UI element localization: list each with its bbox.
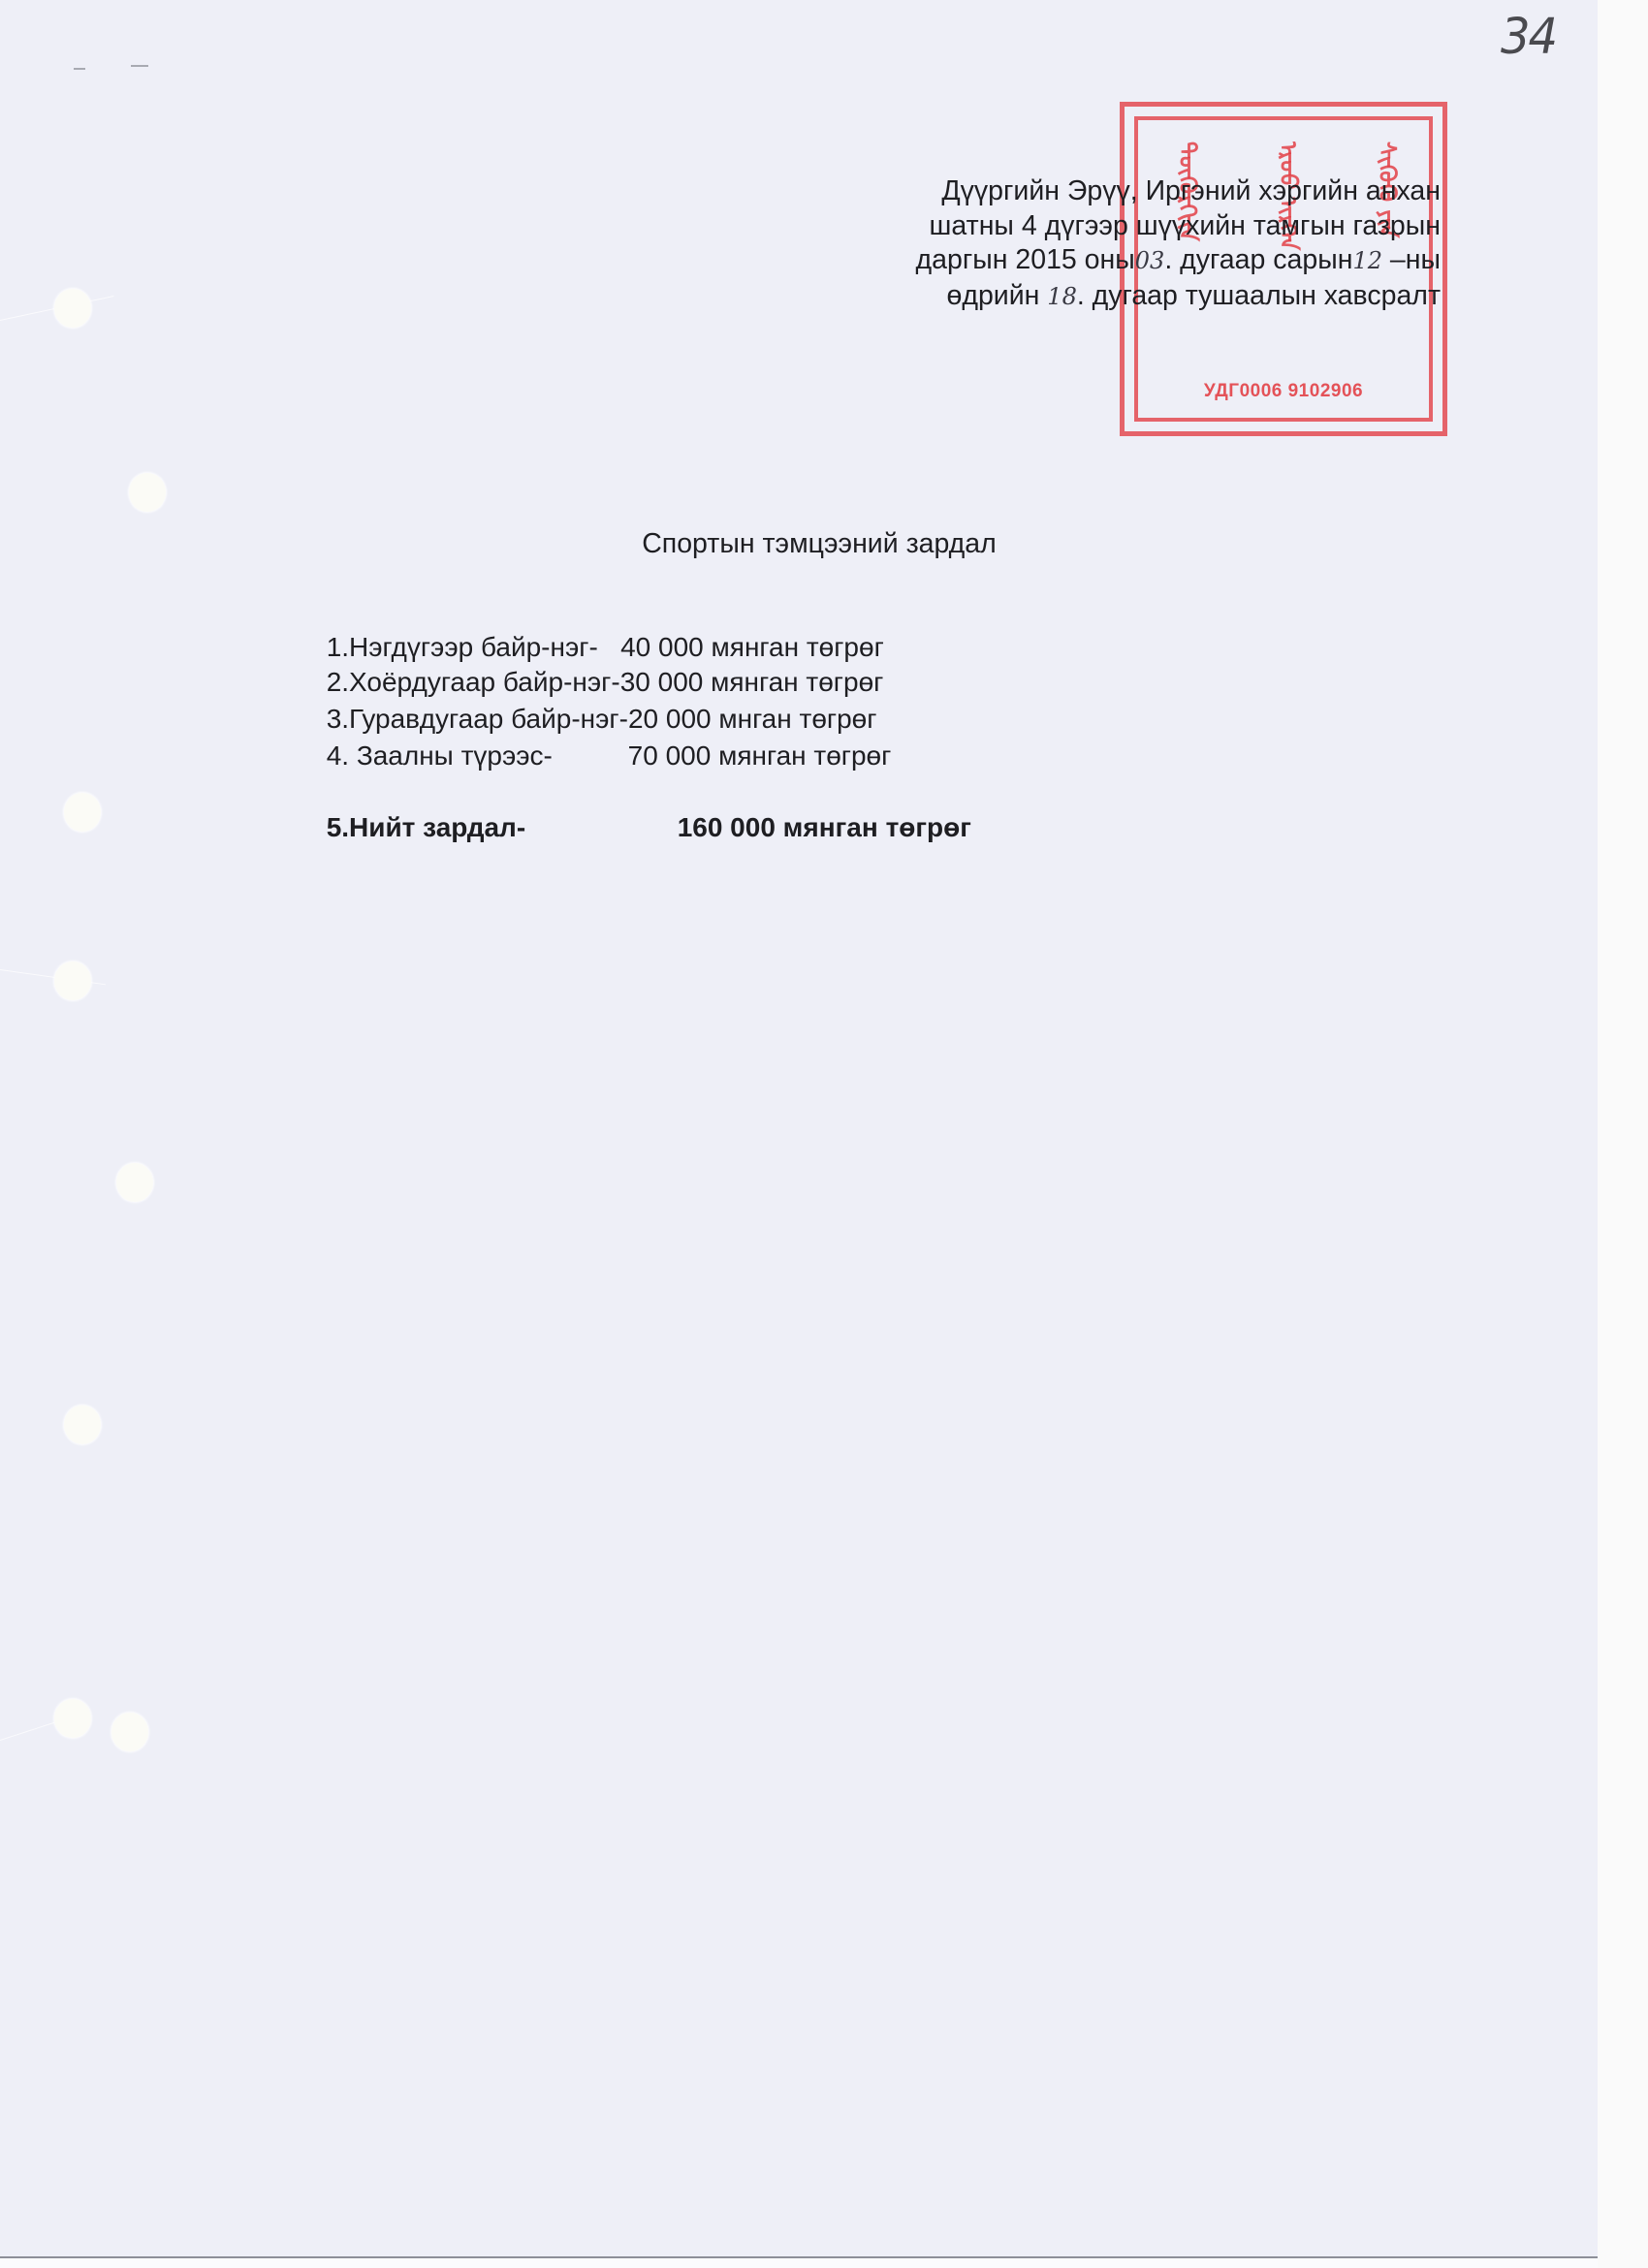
punch-hole bbox=[116, 1163, 153, 1202]
appendix-text: –ны bbox=[1382, 244, 1441, 275]
scan-mark bbox=[131, 65, 148, 67]
appendix-text: өдрийн bbox=[946, 280, 1047, 311]
document-title: Спортын тэмцээний зардал bbox=[0, 528, 1638, 560]
punch-hole bbox=[64, 793, 101, 832]
handwritten-month: 03 bbox=[1135, 247, 1165, 274]
handwritten-order-number: 18 bbox=[1047, 283, 1077, 310]
total-amount: 160 000 мянган төгрөг bbox=[678, 812, 971, 842]
appendix-line: шатны 4 дүгээр шүүхийн тамгын газрын bbox=[840, 209, 1441, 244]
punch-hole bbox=[64, 1405, 101, 1444]
stamp-code: УДГ0006 9102906 bbox=[1138, 381, 1429, 402]
expense-total: 5.Нийт зардал-160 000 мянган төгрөг bbox=[281, 781, 971, 874]
appendix-note: Дүүргийн Эрүү, Иргэний хэргийн анхан шат… bbox=[840, 174, 1441, 314]
punch-hole bbox=[54, 1699, 91, 1738]
punch-hole bbox=[54, 289, 91, 328]
appendix-line: даргын 2015 оны03. дугаар сарын12 –ны bbox=[840, 243, 1441, 279]
expense-label: 4. Заалны түрээс- bbox=[327, 740, 628, 771]
appendix-line: өдрийн 18. дугаар тушаалын хавсралт bbox=[840, 279, 1441, 315]
scanner-margin bbox=[1598, 0, 1648, 2268]
handwritten-day: 12 bbox=[1352, 247, 1382, 274]
scanned-page: 34 ᠳᠦᠭᠦᠷᠭᠢᠢᠨ ᠡᠷᠦᠦ ᠢᠷᠭᠡᠨ ᠰᠢᠭᠦᠬᠦ ᠶᠢᠨ УДГ00… bbox=[0, 0, 1598, 2258]
punch-hole bbox=[54, 961, 91, 1000]
punch-hole bbox=[111, 1713, 148, 1751]
scan-mark bbox=[74, 68, 85, 70]
appendix-text: . дугаар сарын bbox=[1164, 244, 1352, 275]
appendix-text: . дугаар тушаалын хавсралт bbox=[1077, 280, 1441, 311]
punch-hole bbox=[129, 473, 166, 512]
appendix-line: Дүүргийн Эрүү, Иргэний хэргийн анхан bbox=[840, 174, 1441, 209]
expense-amount: 70 000 мянган төгрөг bbox=[628, 740, 892, 771]
page-number: 34 bbox=[1501, 9, 1556, 66]
total-label: 5.Нийт зардал- bbox=[327, 812, 678, 843]
appendix-text: даргын 2015 оны bbox=[916, 244, 1135, 275]
